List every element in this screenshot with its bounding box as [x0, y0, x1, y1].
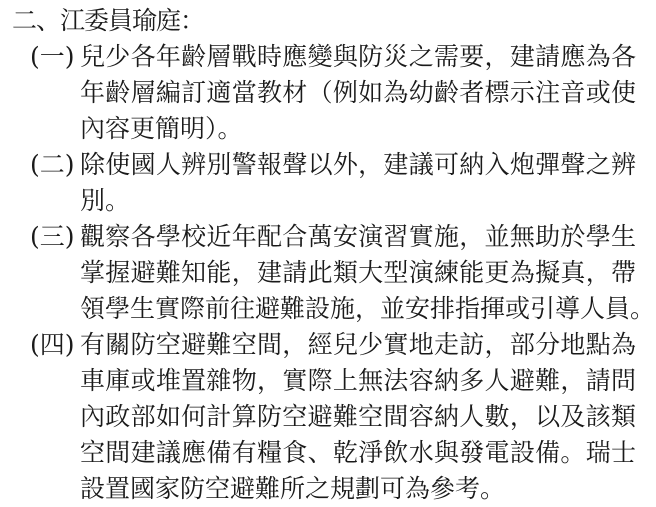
item-text: 除使國人辨別警報聲以外，建議可納入炮彈聲之辨 別。 [80, 147, 636, 219]
text-line: 空間建議應備有糧食、乾淨飲水與發電設備。瑞士 [80, 435, 636, 471]
item-marker: (二) [30, 147, 80, 183]
text-line: 車庫或堆置雜物，實際上無法容納多人避難，請問 [80, 363, 636, 399]
item-text: 有關防空避難空間，經兒少實地走訪，部分地點為 車庫或堆置雜物，實際上無法容納多人… [80, 327, 636, 507]
item-text: 兒少各年齡層戰時應變與防災之需要，建請應為各 年齡層編訂適當教材（例如為幼齡者標… [80, 39, 636, 147]
list-item-1: (一) 兒少各年齡層戰時應變與防災之需要，建請應為各 年齡層編訂適當教材（例如為… [30, 39, 638, 147]
text-line: 掌握避難知能，建請此類大型演練能更為擬真，帶 [80, 255, 636, 291]
item-text: 觀察各學校近年配合萬安演習實施，並無助於學生 掌握避難知能，建請此類大型演練能更… [80, 219, 636, 327]
text-line: 領學生實際前往避難設施，並安排指揮或引導人員。 [80, 291, 636, 327]
text-line: 設置國家防空避難所之規劃可為參考。 [80, 471, 636, 507]
item-marker: (一) [30, 39, 80, 75]
list-item-4: (四) 有關防空避難空間，經兒少實地走訪，部分地點為 車庫或堆置雜物，實際上無法… [30, 327, 638, 507]
text-line: 有關防空避難空間，經兒少實地走訪，部分地點為 [80, 327, 636, 363]
text-line: 除使國人辨別警報聲以外，建議可納入炮彈聲之辨 [80, 147, 636, 183]
text-line: 兒少各年齡層戰時應變與防災之需要，建請應為各 [80, 39, 636, 75]
text-line: 別。 [80, 183, 636, 219]
text-line: 內容更簡明）。 [80, 111, 636, 147]
text-line: 內政部如何計算防空避難空間容納人數，以及該類 [80, 399, 636, 435]
item-marker: (四) [30, 327, 80, 363]
text-line: 年齡層編訂適當教材（例如為幼齡者標示注音或使 [80, 75, 636, 111]
list-item-3: (三) 觀察各學校近年配合萬安演習實施，並無助於學生 掌握避難知能，建請此類大型… [30, 219, 638, 327]
text-line: 觀察各學校近年配合萬安演習實施，並無助於學生 [80, 219, 636, 255]
item-marker: (三) [30, 219, 80, 255]
list-item-2: (二) 除使國人辨別警報聲以外，建議可納入炮彈聲之辨 別。 [30, 147, 638, 219]
document-page: 二、江委員瑜庭： (一) 兒少各年齡層戰時應變與防災之需要，建請應為各 年齡層編… [0, 0, 656, 507]
section-heading: 二、江委員瑜庭： [12, 3, 638, 39]
